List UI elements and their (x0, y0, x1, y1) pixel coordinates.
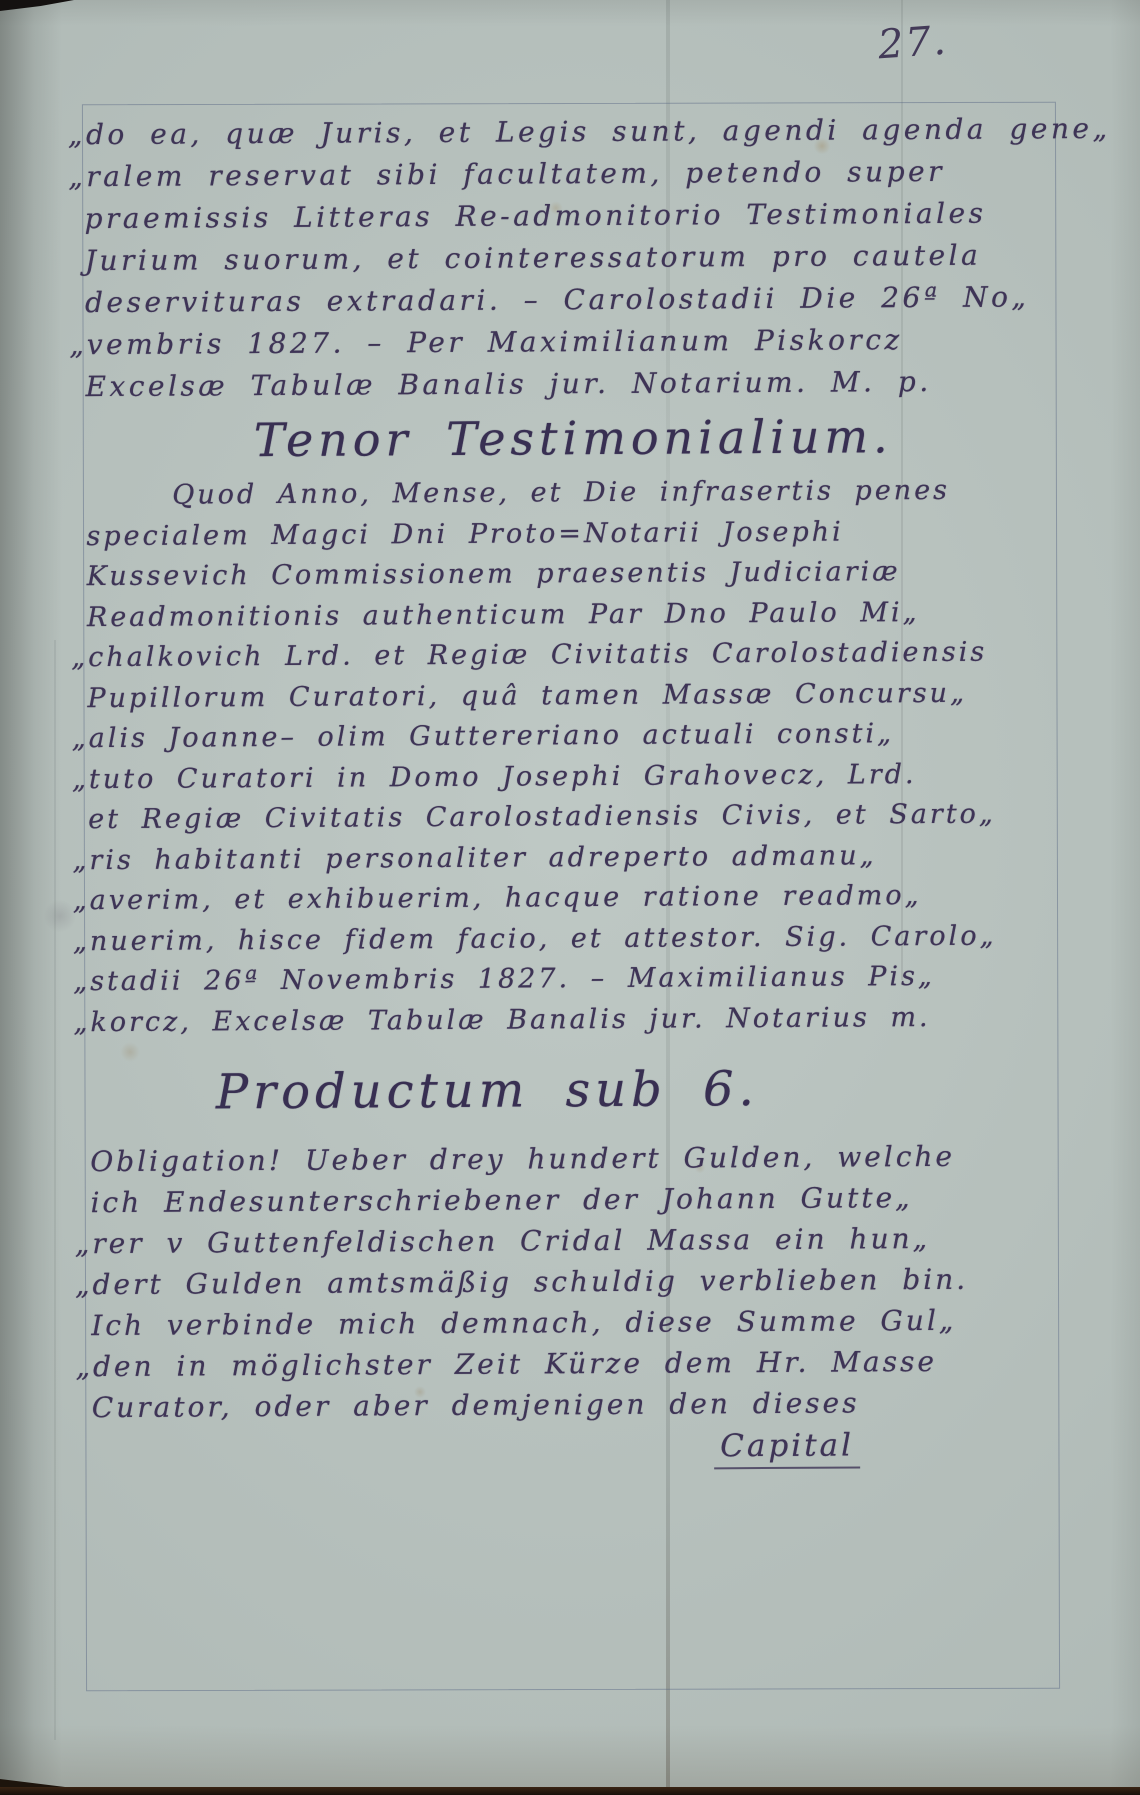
text-line: Obligation! Ueber drey hundert Gulden, w… (90, 1135, 1120, 1182)
text-line: et Regiæ Civitatis Carolostadiensis Civi… (88, 794, 1118, 841)
text-line: „den in möglichster Zeit Kürze dem Hr. M… (75, 1340, 1121, 1387)
text-line: Quod Anno, Mense, et Die infrasertis pen… (86, 470, 1116, 517)
top-left-edge-shadow (0, 0, 74, 11)
text-line: Curator, oder aber demjenigen den dieses (92, 1381, 1122, 1428)
text-line: Readmonitionis authenticum Par Dno Paulo… (87, 591, 1117, 638)
text-line: „chalkovich Lrd. et Regiæ Civitatis Caro… (71, 632, 1117, 679)
text-block: „do ea, quæ Juris, et Legis sunt, agendi… (84, 102, 1122, 1473)
text-line: Pupillorum Curatori, quâ tamen Massæ Con… (87, 672, 1117, 719)
text-line: „ralem reservat sibi facultatem, petendo… (68, 150, 1114, 198)
obligation-paragraph: Obligation! Ueber drey hundert Gulden, w… (90, 1135, 1122, 1428)
text-line: ich Endesunterschriebener der Johann Gut… (90, 1176, 1120, 1223)
latin-paragraph-continuation: „do ea, quæ Juris, et Legis sunt, agendi… (84, 102, 1116, 408)
heading-tenor-testimonialium: Tenor Testimonialium. (254, 408, 1116, 467)
manuscript-scan: 27. „do ea, quæ Juris, et Legis sunt, ag… (0, 0, 1140, 1795)
text-line: „rer v Guttenfeldischen Cridal Massa ein… (75, 1217, 1121, 1264)
page-number: 27. (876, 18, 949, 69)
text-line: specialem Magci Dni Proto=Notarii Joseph… (86, 510, 1116, 557)
text-line: Kussevich Commissionem praesentis Judici… (87, 551, 1117, 598)
text-line: „ris habitanti personaliter adreperto ad… (72, 834, 1118, 881)
text-line: „stadii 26ª Novembris 1827. – Maximilian… (73, 956, 1119, 1003)
text-line: Excelsæ Tabulæ Banalis jur. Notarium. M.… (85, 360, 1115, 408)
text-line: „alis Joanne– olim Guttereriano actuali … (72, 713, 1118, 760)
catchword-capital: Capital (714, 1427, 860, 1469)
text-line: deservituras extradari. – Carolostadii D… (85, 276, 1115, 324)
paper-crease (54, 640, 56, 1740)
text-line: „averim, et exhibuerim, hacque ratione r… (73, 875, 1119, 922)
text-line: Ich verbinde mich demnach, diese Summe G… (91, 1299, 1121, 1346)
heading-productum-sub-6: Productum sub 6. (216, 1059, 1120, 1121)
text-line: „nuerim, hisce fidem facio, et attestor.… (73, 915, 1119, 962)
tenor-testimonialium-paragraph: Quod Anno, Mense, et Die infrasertis pen… (86, 470, 1119, 1043)
text-line: Jurium suorum, et cointeressatorum pro c… (85, 234, 1115, 282)
bottom-edge-shadow (0, 1787, 1140, 1795)
text-line: „korcz, Excelsæ Tabulæ Banalis jur. Nota… (73, 996, 1119, 1043)
text-line: „dert Gulden amtsmäßig schuldig verblieb… (75, 1258, 1121, 1305)
text-line: „tuto Curatori in Domo Josephi Grahovecz… (72, 753, 1118, 800)
catchword-row: Capital (92, 1426, 1122, 1473)
text-line: praemissis Litteras Re-admonitorio Testi… (84, 192, 1114, 240)
text-line: „vembris 1827. – Per Maximilianum Piskor… (69, 318, 1115, 366)
text-line: „do ea, quæ Juris, et Legis sunt, agendi… (68, 108, 1114, 156)
